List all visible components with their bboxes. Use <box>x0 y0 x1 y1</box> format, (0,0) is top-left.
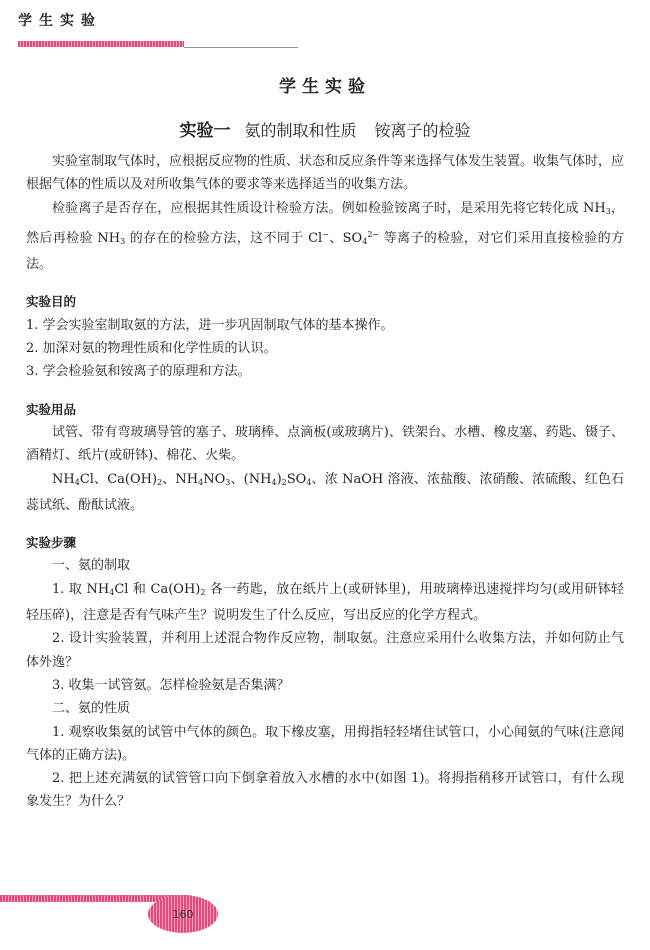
experiment-title-part1: 氨的制取和性质 <box>244 121 356 140</box>
step-2: 2. 设计实验装置，并利用上述混合物作反应物，制取氨。注意应采用什么收集方法，并… <box>26 627 624 674</box>
section-heading-purpose: 实验目的 <box>26 290 624 313</box>
intro-paragraph-2: 检验离子是否存在，应根据其性质设计检验方法。例如检验铵离子时，是采用先将它转化成… <box>26 197 624 277</box>
steps-part1-heading: 一、氨的制取 <box>26 554 624 577</box>
purpose-item: 3. 学会检验氨和铵离子的原理和方法。 <box>26 360 624 383</box>
property-step-1: 1. 观察收集氨的试管中气体的颜色。取下橡皮塞，用拇指轻轻堵住试管口，小心闻氨的… <box>26 721 624 768</box>
step-1: 1. 取 NH4Cl 和 Ca(OH)2 各一药匙，放在纸片上(或研钵里)，用玻… <box>26 578 624 628</box>
property-step-2: 2. 把上述充满氨的试管管口向下倒拿着放入水槽的水中(如图 1)。将拇指稍移开试… <box>26 767 624 814</box>
experiment-title-part2: 铵离子的检验 <box>375 121 471 140</box>
section-heading-steps: 实验步骤 <box>26 531 624 554</box>
steps-part2-heading: 二、氨的性质 <box>26 697 624 720</box>
experiment-title: 实验一氨的制取和性质铵离子的检验 <box>0 116 650 141</box>
step-3: 3. 收集一试管氨。怎样检验氨是否集满？ <box>26 674 624 697</box>
experiment-label: 实验一 <box>179 121 230 141</box>
materials-apparatus: 试管、带有弯玻璃导管的塞子、玻璃棒、点滴板(或玻璃片)、铁架台、水槽、橡皮塞、药… <box>26 421 624 468</box>
intro-paragraph-1: 实验室制取气体时，应根据反应物的性质、状态和反应条件等来选择气体发生装置。收集气… <box>26 150 624 197</box>
purpose-item: 1. 学会实验室制取氨的方法，进一步巩固制取气体的基本操作。 <box>26 314 624 337</box>
purpose-item: 2. 加深对氨的物理性质和化学性质的认识。 <box>26 337 624 360</box>
section-heading-materials: 实验用品 <box>26 398 624 421</box>
materials-reagents: NH4Cl、Ca(OH)2、NH4NO3、(NH4)2SO4、浓 NaOH 溶液… <box>26 468 624 518</box>
page-number-badge: 160 <box>148 895 218 933</box>
page-title: 学生实验 <box>0 72 650 97</box>
header-decor-bar <box>18 41 184 47</box>
page-number: 160 <box>173 908 194 921</box>
main-body: 实验室制取气体时，应根据反应物的性质、状态和反应条件等来选择气体发生装置。收集气… <box>26 150 624 814</box>
running-head: 学生实验 <box>18 10 102 30</box>
header-rule <box>184 47 298 48</box>
